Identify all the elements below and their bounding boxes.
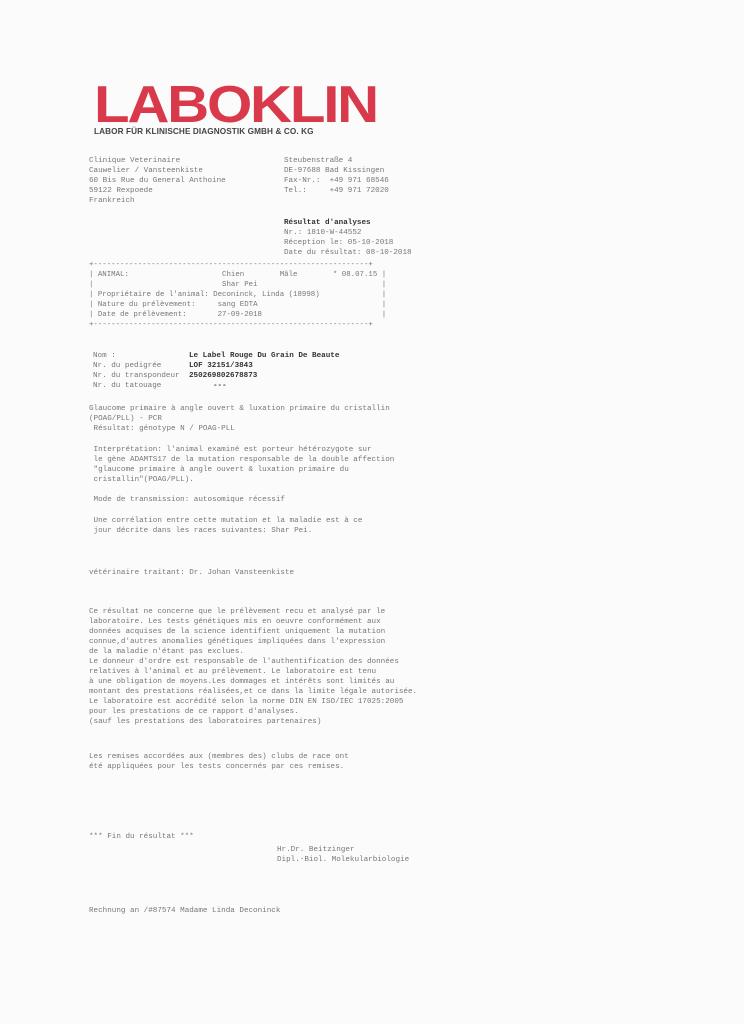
identification: Nom :Le Label Rouge Du Grain De Beaute N… <box>93 351 339 391</box>
id-label: Nr. du pedigrée <box>93 361 189 371</box>
lab-address-line: Tel.: +49 971 72020 <box>284 186 389 196</box>
recipient-line: 60 Bis Rue du General Anthoine <box>89 176 226 186</box>
recipient-line: Clinique Veterinaire <box>89 156 226 166</box>
lab-address-line: Fax-Nr.: +49 971 68546 <box>284 176 389 186</box>
logo-wordmark: LABOKLIN <box>94 84 377 126</box>
result-title: Résultat d'analyses <box>284 218 412 228</box>
disclaimer-line: laboratoire. Les tests génétiques mis en… <box>89 617 417 627</box>
disclaimer-line: données acquises de la science identifie… <box>89 627 417 637</box>
test-title: Glaucome primaire à angle ouvert & luxat… <box>89 404 390 414</box>
disclaimer-line: Le laboratoire est accrédité selon la no… <box>89 697 417 707</box>
end-of-result: *** Fin du résultat *** <box>89 832 194 842</box>
lab-address-line: DE-97688 Bad Kissingen <box>284 166 389 176</box>
disclaimer-line: connue,d'autres anomalies génétiques imp… <box>89 637 417 647</box>
tattoo-number: --- <box>189 381 227 391</box>
disclaimer-line: Ce résultat ne concerne que le prélèveme… <box>89 607 417 617</box>
disclaimer-line: de la maladie n'étant pas exclues. <box>89 647 417 657</box>
animal-info-box: +---------------------------------------… <box>89 260 386 330</box>
id-label: Nom : <box>93 351 189 361</box>
signatory-title: Dipl.-Biol. Molekularbiologie <box>277 855 409 865</box>
discount-note: Les remises accordées aux (membres des) … <box>89 752 349 772</box>
disclaimer-line: pour les prestations de ce rapport d'ana… <box>89 707 417 717</box>
discount-line: Les remises accordées aux (membres des) … <box>89 752 349 762</box>
pedigree-number: LOF 32151/3843 <box>189 361 253 371</box>
box-border: +---------------------------------------… <box>89 260 386 270</box>
transponder-number: 250269802678873 <box>189 371 257 381</box>
animal-row: | ANIMAL: Chien Mâle * 08.07.15 | <box>89 270 386 280</box>
disclaimer-line: à une obligation de moyens.Les dommages … <box>89 677 417 687</box>
recipient-line: Frankreich <box>89 196 226 206</box>
disclaimer-line: (sauf les prestations des laboratoires p… <box>89 717 417 727</box>
interpretation: Interprétation: l'animal examiné est por… <box>89 445 394 485</box>
recipient-address: Clinique Veterinaire Cauwelier / Vanstee… <box>89 156 226 206</box>
signature: Hr.Dr. Beitzinger Dipl.-Biol. Molekularb… <box>277 845 409 865</box>
lab-address-line: Steubenstraße 4 <box>284 156 389 166</box>
disclaimer-line: Le donneur d'ordre est responsable de l'… <box>89 657 417 667</box>
laboklin-logo: LABOKLIN LABOR FÜR KLINISCHE DIAGNOSTIK … <box>94 84 347 137</box>
recipient-line: 59122 Rexpoede <box>89 186 226 196</box>
interpretation-line: Interprétation: l'animal examiné est por… <box>89 445 394 455</box>
correlation-line: jour décrite dans les races suivantes: S… <box>89 526 362 536</box>
test-section: Glaucome primaire à angle ouvert & luxat… <box>89 404 390 434</box>
dog-name: Le Label Rouge Du Grain De Beaute <box>189 351 339 361</box>
interpretation-line: le gène ADAMTS17 de la mutation responsa… <box>89 455 394 465</box>
owner-row: | Propriétaire de l'animal: Deconinck, L… <box>89 290 386 300</box>
disclaimer-line: relatives à l'animal et au prélèvement. … <box>89 667 417 677</box>
discount-line: été appliquées pour les tests concernés … <box>89 762 349 772</box>
disclaimer-line: montant des prestations réalisées,et ce … <box>89 687 417 697</box>
transmission-mode: Mode de transmission: autosomique récess… <box>89 495 285 505</box>
interpretation-line: cristallin"(POAG/PLL). <box>89 475 394 485</box>
test-title: (POAG/PLL) - PCR <box>89 414 390 424</box>
lab-address: Steubenstraße 4 DE-97688 Bad Kissingen F… <box>284 156 389 196</box>
result-header: Résultat d'analyses Nr.: 1810-W-44552 Ré… <box>284 218 412 258</box>
result-number: Nr.: 1810-W-44552 <box>284 228 412 238</box>
result-date: Date du résultat: 08-10-2018 <box>284 248 412 258</box>
box-border: +---------------------------------------… <box>89 320 386 330</box>
invoice-recipient: Rechnung an /#87574 Madame Linda Deconin… <box>89 906 280 916</box>
id-label: Nr. du transpondeur <box>93 371 189 381</box>
reception-date: Réception le: 05-10-2018 <box>284 238 412 248</box>
interpretation-line: "glaucome primaire à angle ouvert & luxa… <box>89 465 394 475</box>
correlation-line: Une corrélation entre cette mutation et … <box>89 516 362 526</box>
breed-row: | Shar Pei | <box>89 280 386 290</box>
sample-date-row: | Date de prélèvement: 27-09-2018 | <box>89 310 386 320</box>
treating-vet: vétérinaire traitant: Dr. Johan Vansteen… <box>89 568 294 578</box>
id-label: Nr. du tatouage <box>93 381 189 391</box>
test-result: Résultat: génotype N / POAG-PLL <box>89 424 390 434</box>
correlation: Une corrélation entre cette mutation et … <box>89 516 362 536</box>
disclaimer: Ce résultat ne concerne que le prélèveme… <box>89 607 417 727</box>
signatory-name: Hr.Dr. Beitzinger <box>277 845 409 855</box>
recipient-line: Cauwelier / Vansteenkiste <box>89 166 226 176</box>
sample-type-row: | Nature du prélèvement: sang EDTA | <box>89 300 386 310</box>
